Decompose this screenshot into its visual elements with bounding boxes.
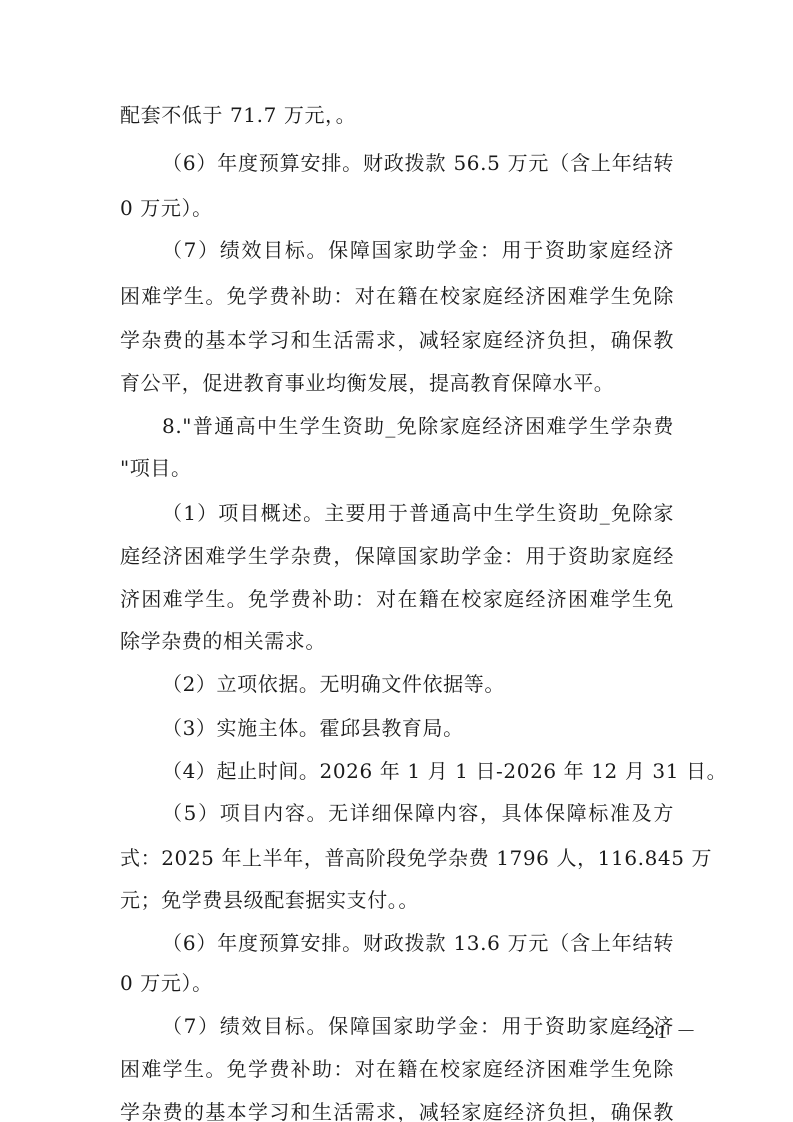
body-text-line: （1）项目概述。主要用于普通高中生学生资助_免除家 [162,501,674,525]
body-text-line: （2）立项依据。无明确文件依据等。 [162,672,674,696]
body-text-line: 困难学生。免学费补助：对在籍在校家庭经济困难学生免除 [120,1057,674,1081]
body-text-line: 0 万元）。 [120,971,674,995]
body-text-line: 式：2025 年上半年，普高阶段免学杂费 1796 人，116.845 万 [120,846,674,870]
body-text-line: （6）年度预算安排。财政拨款 13.6 万元（含上年结转 [162,931,674,955]
page-number: － 21 － [616,1020,698,1044]
body-text-line: （4）起止时间。2026 年 1 月 1 日-2026 年 12 月 31 日。 [162,759,674,783]
body-text-line: 除学杂费的相关需求。 [120,629,674,653]
body-text-line: 庭经济困难学生学杂费，保障国家助学金：用于资助家庭经 [120,544,674,568]
body-text-line: （5）项目内容。无详细保障内容，具体保障标准及方 [162,801,674,825]
body-text-line: （7）绩效目标。保障国家助学金：用于资助家庭经济 [162,238,674,262]
body-text-line: 学杂费的基本学习和生活需求，减轻家庭经济负担，确保教 [120,328,674,352]
document-page: 配套不低于 71.7 万元，。（6）年度预算安排。财政拨款 56.5 万元（含上… [0,0,793,1122]
body-text-line: 8."普通高中生学生资助_免除家庭经济困难学生学杂费 [162,414,674,438]
body-text-line: 济困难学生。免学费补助：对在籍在校家庭经济困难学生免 [120,587,674,611]
body-text-line: 元；免学费县级配套据实支付。。 [120,888,674,912]
body-text-line: 育公平，促进教育事业均衡发展，提高教育保障水平。 [120,371,674,395]
body-text-line: 学杂费的基本学习和生活需求，减轻家庭经济负担，确保教 [120,1100,674,1122]
body-text-line: 0 万元）。 [120,196,674,220]
body-text-line: 配套不低于 71.7 万元，。 [120,103,674,127]
body-text-line: （7）绩效目标。保障国家助学金：用于资助家庭经济 [162,1014,674,1038]
body-text-line: 困难学生。免学费补助：对在籍在校家庭经济困难学生免除 [120,284,674,308]
body-text-line: （6）年度预算安排。财政拨款 56.5 万元（含上年结转 [162,151,674,175]
body-text-line: （3）实施主体。霍邱县教育局。 [162,716,674,740]
body-text-line: "项目。 [120,456,674,480]
